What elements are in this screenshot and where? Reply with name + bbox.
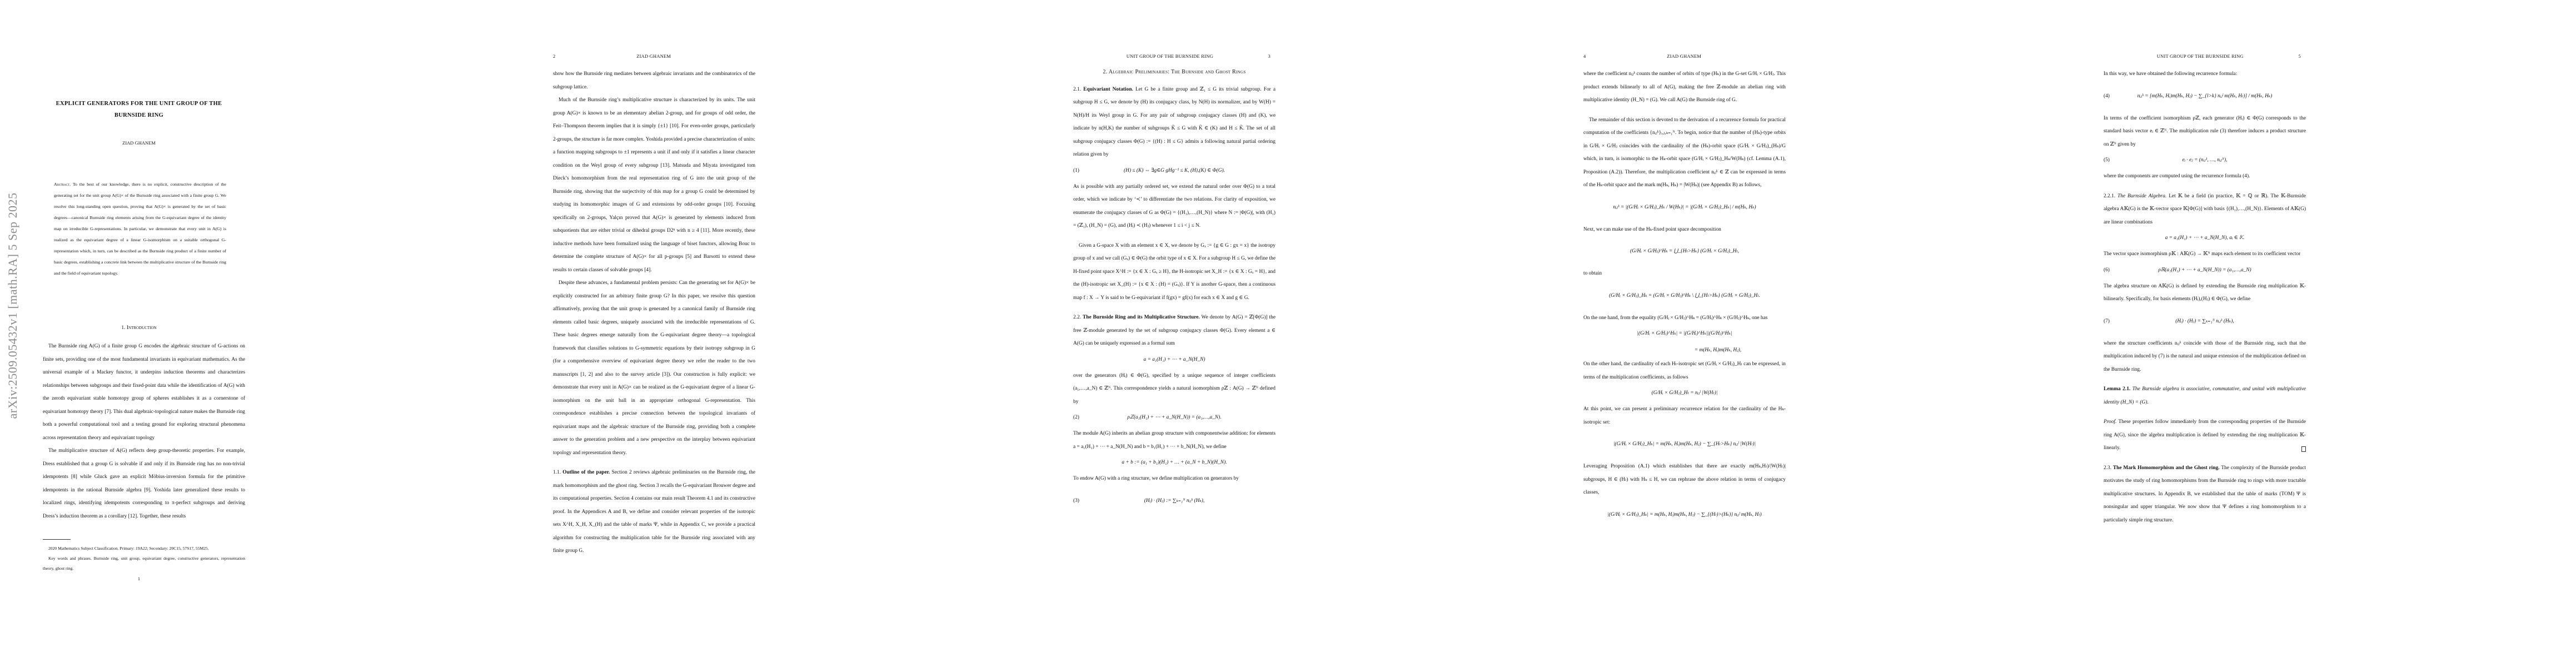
paragraph: Given a G-space X with an element x ∈ X,… [1073, 240, 1275, 305]
paragraph: The Burnside ring A(G) of a finite group… [43, 340, 245, 445]
equation-number: (6) [2104, 264, 2137, 277]
subsection-title: Outline of the paper. [562, 470, 610, 475]
page-5: UNIT GROUP OF THE BURNSIDE RING 5 In thi… [2061, 0, 2576, 667]
paragraph: where the structure coefficients nᵢⱼᵏ co… [2104, 337, 2306, 377]
paragraph: The remainder of this section is devoted… [1583, 114, 1786, 192]
subsection-number: 2.1. [1073, 87, 1081, 92]
section-heading-introduction: 1. Introduction [38, 325, 240, 331]
running-head: UNIT GROUP OF THE BURNSIDE RING 5 [2099, 53, 2301, 59]
equation-2: (2) ρℤ(a₁(H₁) + ⋯ + a_N(H_N)) = (a₁,…,a_… [1073, 409, 1275, 427]
paragraph: show how the Burnside ring mediates betw… [553, 68, 755, 94]
title-line-2: BURNSIDE RING [56, 109, 222, 121]
equation-formal-sum: a = a₁(H₁) + ⋯ + a_N(H_N) [1073, 351, 1275, 370]
equation-preliminary-recurrence: |(G/Hᵢ × G/Hⱼ)_Hₖ| = m(Hₖ, Hᵢ)m(Hₖ, Hⱼ) … [1583, 429, 1786, 460]
equation-1: (1) (H) ≤ (K) ⇔ ∃g∈G gHg⁻¹ ≤ K, (H),(K) … [1073, 162, 1275, 181]
equation-3: (3) (Hᵢ) · (Hⱼ) := ∑ₖ₌₁ᴺ nᵢⱼᵏ (Hₖ), [1073, 486, 1275, 517]
paragraph: In terms of the coefficient isomorphism … [2104, 112, 2306, 152]
equation-7: (7) (Hᵢ) · (Hⱼ) = ∑ₖ₌₁ᴺ nᵢⱼᵏ (Hₖ), [2104, 306, 2306, 337]
page-3-body: 2. Algebraic Preliminaries: The Burnside… [1073, 66, 1275, 517]
qed-square-icon [2301, 446, 2306, 452]
equation-body: (Hᵢ) · (Hⱼ) = ∑ₖ₌₁ᴺ nᵢⱼᵏ (Hₖ), [2137, 315, 2306, 328]
equation-number: (5) [2104, 154, 2137, 167]
paragraph: As is possible with any partially ordere… [1073, 181, 1275, 233]
running-head-title: UNIT GROUP OF THE BURNSIDE RING [2102, 53, 2299, 59]
footnote-msc: 2020 Mathematics Subject Classification.… [43, 544, 245, 554]
page-2-body: show how the Burnside ring mediates betw… [553, 68, 755, 558]
footnotes: 2020 Mathematics Subject Classification.… [43, 544, 245, 574]
paragraph: The multiplicative structure of A(G) ref… [43, 445, 245, 523]
lemma-statement: The Burnside algebra is associative, com… [2104, 386, 2306, 405]
paragraph: where the coefficient nᵢⱼᵏ counts the nu… [1583, 68, 1786, 107]
arxiv-stamp: arXiv:2509.05432v1 [math.RA] 5 Sep 2025 [4, 158, 21, 453]
subsection-2-3: 2.3. The Mark Homomorphism and the Ghost… [2104, 462, 2306, 527]
equation-body: ρℝ(a₁(H₁) + ⋯ + a_N(H_N)) = (a₁,…,a_N) [2137, 264, 2306, 277]
equation-number: (3) [1073, 495, 1107, 508]
equation-number: (4) [2104, 90, 2137, 103]
paragraph: over the generators (Hᵢ) ∈ Φ(G), specifi… [1073, 370, 1275, 409]
equation-body: a + b := (a₁ + b₁)(H₁) + … + (a_N + b_N)… [1107, 456, 1275, 470]
page-2: 2 ZIAD GHANEM show how the Burnside ring… [515, 0, 1030, 667]
paper-title: EXPLICIT GENERATORS FOR THE UNIT GROUP O… [56, 98, 222, 121]
running-head: 2 ZIAD GHANEM [553, 53, 755, 59]
running-head: 4 ZIAD GHANEM [1583, 53, 1786, 59]
equation-cardinality-1: |(G/Hᵢ × G/Hⱼ)^Hₖ| = |(G/Hᵢ)^Hₖ||(G/Hⱼ)^… [1583, 325, 1786, 344]
page-number: 5 [2299, 53, 2301, 59]
equation-number: (2) [1073, 411, 1107, 425]
equation-isotropic-difference: (G/Hᵢ × G/Hⱼ)_Hₖ = (G/Hᵢ × G/Hⱼ)^Hₖ \ ⋃_… [1583, 281, 1786, 312]
subsubsection-number: 2.2.1. [2104, 193, 2115, 199]
paragraph: Despite these advances, a fundamental pr… [553, 277, 755, 460]
equation-body: |(G/Hᵢ × G/Hⱼ)_Hₖ| = m(Hₖ, Hᵢ)m(Hₖ, Hⱼ) … [1583, 438, 1786, 451]
paragraph: On the other hand, the cardinality of ea… [1583, 358, 1786, 384]
running-head-title: UNIT GROUP OF THE BURNSIDE RING [1072, 53, 1268, 59]
equation-body: nᵢⱼᵏ = [m(Hₖ, Hᵢ)m(Hₖ, Hⱼ) − ∑_{l>k} nᵢⱼ… [2137, 90, 2306, 103]
paragraph: The algebra structure on A𝕂(G) is define… [2104, 280, 2306, 306]
equation-addition: a + b := (a₁ + b₁)(H₁) + … + (a_N + b_N)… [1073, 454, 1275, 472]
equation-4: (4) nᵢⱼᵏ = [m(Hₖ, Hᵢ)m(Hₖ, Hⱼ) − ∑_{l>k}… [2104, 81, 2306, 112]
subsection-2-2: 2.2. The Burnside Ring and its Multiplic… [1073, 311, 1275, 351]
lemma-label: Lemma 2.1. [2104, 386, 2130, 392]
equation-body: |(G/Hᵢ × G/Hⱼ)_Hₖ| = m(Hₖ, Hᵢ)m(Hₖ, Hⱼ) … [1583, 509, 1786, 522]
equation-conjugacy-recurrence: |(G/Hᵢ × G/Hⱼ)_Hₖ| = m(Hₖ, Hᵢ)m(Hₖ, Hⱼ) … [1583, 500, 1786, 531]
equation-cardinality-2: = m(Hₖ, Hᵢ)m(Hₖ, Hⱼ), [1583, 344, 1786, 358]
subsection-title: Equivariant Notation. [1083, 87, 1133, 92]
equation-linear-combination: a = a₁(H₁) + ⋯ + a_N(H_N), aᵢ ∈ 𝕂. [2104, 229, 2306, 248]
equation-body: nᵢⱼᵏ = |(G/Hᵢ × G/Hⱼ)_Hₖ / W(Hₖ)| = |(G/… [1583, 201, 1786, 215]
subsection-title: The Mark Homomorphism and the Ghost ring… [2113, 465, 2220, 471]
footnote-rule [43, 539, 71, 540]
equation-body: (G/Hᵢ × G/Hⱼ)^Hₖ = ⋃_{Hₗ>Hₖ} (G/Hᵢ × G/H… [1583, 245, 1786, 258]
subsection-text: Section 2 reviews algebraic preliminarie… [553, 470, 755, 554]
proof: Proof. These properties follow immediate… [2104, 416, 2306, 455]
paragraph: On the one hand, from the equality (G/Hᵢ… [1583, 312, 1786, 325]
paragraph: Much of the Burnside ring’s multiplicati… [553, 94, 755, 277]
subsection-number: 2.3. [2104, 465, 2111, 471]
page-3: UNIT GROUP OF THE BURNSIDE RING 3 2. Alg… [1030, 0, 1546, 667]
subsubsection-title: The Burnside Algebra. [2117, 193, 2166, 199]
subsection-outline: 1.1. Outline of the paper. Section 2 rev… [553, 466, 755, 558]
subsection-number: 1.1. [553, 470, 561, 475]
paragraph: To endow A(G) with a ring structure, we … [1073, 472, 1275, 486]
paragraph: The module A(G) inherits an abelian grou… [1073, 427, 1275, 454]
running-head: UNIT GROUP OF THE BURNSIDE RING 3 [1068, 53, 1270, 59]
equation-body: (G/Hᵢ × G/Hⱼ)_Hₖ = (G/Hᵢ × G/Hⱼ)^Hₖ \ ⋃_… [1583, 290, 1786, 303]
equation-6: (6) ρℝ(a₁(H₁) + ⋯ + a_N(H_N)) = (a₁,…,a_… [2104, 261, 2306, 280]
equation-n-k: nᵢⱼᵏ = |(G/Hᵢ × G/Hⱼ)_Hₖ / W(Hₖ)| = |(G/… [1583, 192, 1786, 223]
equation-body: (Hᵢ) · (Hⱼ) := ∑ₖ₌₁ᴺ nᵢⱼᵏ (Hₖ), [1107, 495, 1275, 508]
equation-body: = m(Hₖ, Hᵢ)m(Hₖ, Hⱼ), [1583, 344, 1786, 357]
subsection-title: The Burnside Ring and its Multiplicative… [1083, 315, 1200, 320]
equation-body: ρℤ(a₁(H₁) + ⋯ + a_N(H_N)) = (a₁,…,a_N). [1107, 411, 1275, 425]
paragraph: Next, we can make use of the Hₖ-fixed po… [1583, 223, 1786, 237]
page-4-body: where the coefficient nᵢⱼᵏ counts the nu… [1583, 68, 1786, 531]
paragraph: In this way, we have obtained the follow… [2104, 68, 2306, 81]
page-number: 1 [38, 576, 240, 581]
equation-body: a = a₁(H₁) + ⋯ + a_N(H_N), aᵢ ∈ 𝕂. [2137, 232, 2306, 245]
arxiv-identifier[interactable]: arXiv:2509.05432v1 [math.RA] 5 Sep 2025 [6, 193, 20, 419]
footnote-keywords: Key words and phrases. Burnside ring, un… [43, 554, 245, 574]
equation-body: eᵢ · eⱼ = (nᵢⱼ¹, …, nᵢⱼᴺ), [2137, 154, 2306, 167]
lemma-2-1: Lemma 2.1. The Burnside algebra is assoc… [2104, 383, 2306, 409]
paragraph: where the components are computed using … [2104, 170, 2306, 183]
paragraph: Leveraging Proposition (A.1) which estab… [1583, 460, 1786, 500]
equation-body: |(G/Hᵢ × G/Hⱼ)^Hₖ| = |(G/Hᵢ)^Hₖ||(G/Hⱼ)^… [1583, 327, 1786, 341]
proof-label: Proof. [2104, 419, 2116, 425]
page-4: 4 ZIAD GHANEM where the coefficient nᵢⱼᵏ… [1546, 0, 2061, 667]
introduction-body: The Burnside ring A(G) of a finite group… [43, 340, 245, 523]
equation-5: (5) eᵢ · eⱼ = (nᵢⱼ¹, …, nᵢⱼᴺ), [2104, 151, 2306, 170]
running-head-author: ZIAD GHANEM [555, 53, 752, 59]
subsubsection-2-2-1: 2.2.1. The Burnside Algebra. Let 𝕂 be a … [2104, 190, 2306, 230]
equation-body: (H) ≤ (K) ⇔ ∃g∈G gHg⁻¹ ≤ K, (H),(K) ∈ Φ(… [1107, 165, 1275, 178]
author: ZIAD GHANEM [56, 140, 222, 146]
equation-body: (G/Hᵢ × G/Hⱼ)_Hₗ = nᵢⱼˡ |W(Hₗ)| [1583, 387, 1786, 400]
abstract-text: To the best of our knowledge, there is n… [54, 182, 226, 276]
subsection-2-1: 2.1. Equivariant Notation. Let G be a fi… [1073, 83, 1275, 162]
proof-text: These properties follow immediately from… [2104, 419, 2306, 451]
equation-fixed-point-union: (G/Hᵢ × G/Hⱼ)^Hₖ = ⋃_{Hₗ>Hₖ} (G/Hᵢ × G/H… [1583, 236, 1786, 267]
abstract: Abstract. To the best of our knowledge, … [54, 179, 226, 279]
page-1: arXiv:2509.05432v1 [math.RA] 5 Sep 2025 … [0, 0, 515, 667]
paragraph: to obtain [1583, 267, 1786, 281]
page-5-body: In this way, we have obtained the follow… [2104, 68, 2306, 527]
subsection-text: Let G be a finite group and ℤ₁ ≤ G its t… [1073, 87, 1275, 158]
subsection-text: The complexity of the Burnside product m… [2104, 465, 2306, 523]
paragraph: At this point, we can present a prelimin… [1583, 403, 1786, 429]
equation-isotropic-set: (G/Hᵢ × G/Hⱼ)_Hₗ = nᵢⱼˡ |W(Hₗ)| [1583, 384, 1786, 403]
subsection-number: 2.2. [1073, 315, 1081, 320]
equation-number: (1) [1073, 165, 1107, 178]
page-number: 3 [1268, 53, 1270, 59]
paragraph: The vector space isomorphism ρ𝕂 : A𝕂(G) … [2104, 248, 2306, 261]
equation-body: a = a₁(H₁) + ⋯ + a_N(H_N) [1107, 354, 1275, 367]
section-heading: 2. Algebraic Preliminaries: The Burnside… [1073, 66, 1275, 79]
title-line-1: EXPLICIT GENERATORS FOR THE UNIT GROUP O… [56, 98, 222, 109]
abstract-label: Abstract. [54, 182, 71, 187]
equation-number: (7) [2104, 315, 2137, 328]
running-head-author: ZIAD GHANEM [1586, 53, 1782, 59]
